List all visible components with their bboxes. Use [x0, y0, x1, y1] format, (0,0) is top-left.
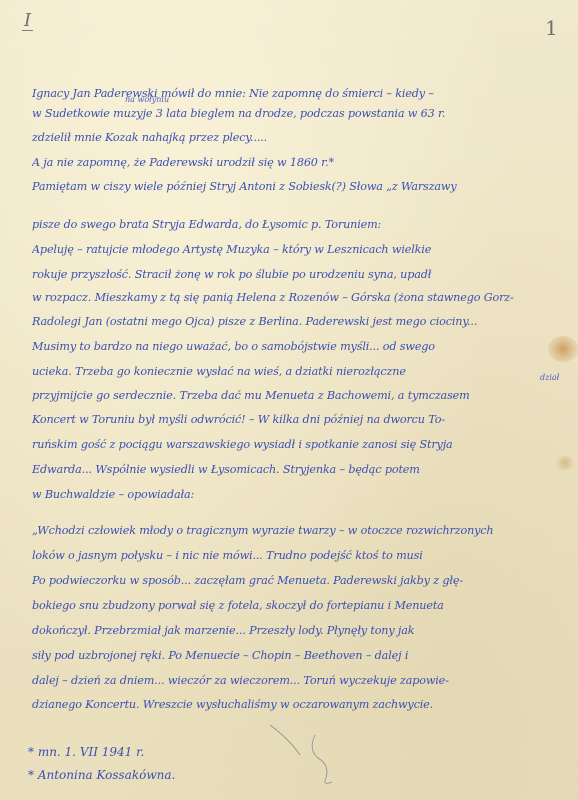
text-line: Apeluję – ratujcie młodego Artystę Muzyk… [32, 242, 562, 258]
text-line: zdzielił mnie Kozak nahajką przez plecy.… [32, 130, 562, 146]
manuscript-page: I 1 na wołyniu dział Ignacy Jan Paderews… [0, 0, 578, 800]
text-line: Musimy to bardzo na niego uważać, bo o s… [32, 339, 562, 355]
text-line: w Buchwaldzie – opowiadała: [32, 487, 562, 503]
text-line: pisze do swego brata Stryja Edwarda, do … [32, 217, 562, 233]
pencil-scribble [260, 720, 380, 790]
footnote-date: * mn. 1. VII 1941 r. [28, 745, 144, 759]
text-line: dzianego Koncertu. Wreszcie wysłuchaliśm… [32, 697, 562, 713]
section-mark: I [22, 12, 33, 31]
text-line: loków o jasnym połysku – i nic nie mówi.… [32, 548, 562, 564]
text-line: w Sudetkowie muzyje 3 lata bieglem na dr… [32, 106, 562, 122]
text-line: Radolegi Jan (ostatni mego Ojca) pisze z… [32, 314, 562, 330]
text-line: ucieka. Trzeba go koniecznie wysłać na w… [32, 364, 562, 380]
text-line: Pamiętam w ciszy wiele później Stryj Ant… [32, 179, 562, 195]
text-line: ruńskim gość z pociągu warszawskiego wys… [32, 437, 562, 453]
text-line: „Wchodzi człowiek młody o tragicznym wyr… [32, 523, 562, 539]
text-line: rokuje przyszłość. Stracił żonę w rok po… [32, 267, 562, 283]
text-line: Po podwieczorku w sposób... zaczęłam gra… [32, 573, 562, 589]
text-line: A ja nie zapomnę, że Paderewski urodził … [32, 155, 562, 171]
text-line: dokończył. Przebrzmiał jak marzenie... P… [32, 623, 562, 639]
text-line: Koncert w Toruniu był myśli odwrócić! – … [32, 412, 562, 428]
footnote-signature: * Antonina Kossakówna. [28, 768, 175, 782]
text-line: w rozpacz. Mieszkamy z tą się panią Hele… [32, 290, 562, 306]
text-line: przyjmijcie go serdecznie. Trzeba dać mu… [32, 388, 562, 404]
text-line: dalej – dzień za dniem... wieczór za wie… [32, 673, 562, 689]
text-line: bokiego snu zbudzony porwał się z fotela… [32, 598, 562, 614]
text-line: siły pod uzbrojonej ręki. Po Menuecie – … [32, 648, 562, 664]
text-line: Edwarda... Wspólnie wysiedli w Łysomicac… [32, 462, 562, 478]
text-line: Ignacy Jan Paderewski mówił do mnie: Nie… [32, 86, 562, 102]
page-number: 1 [545, 16, 558, 40]
